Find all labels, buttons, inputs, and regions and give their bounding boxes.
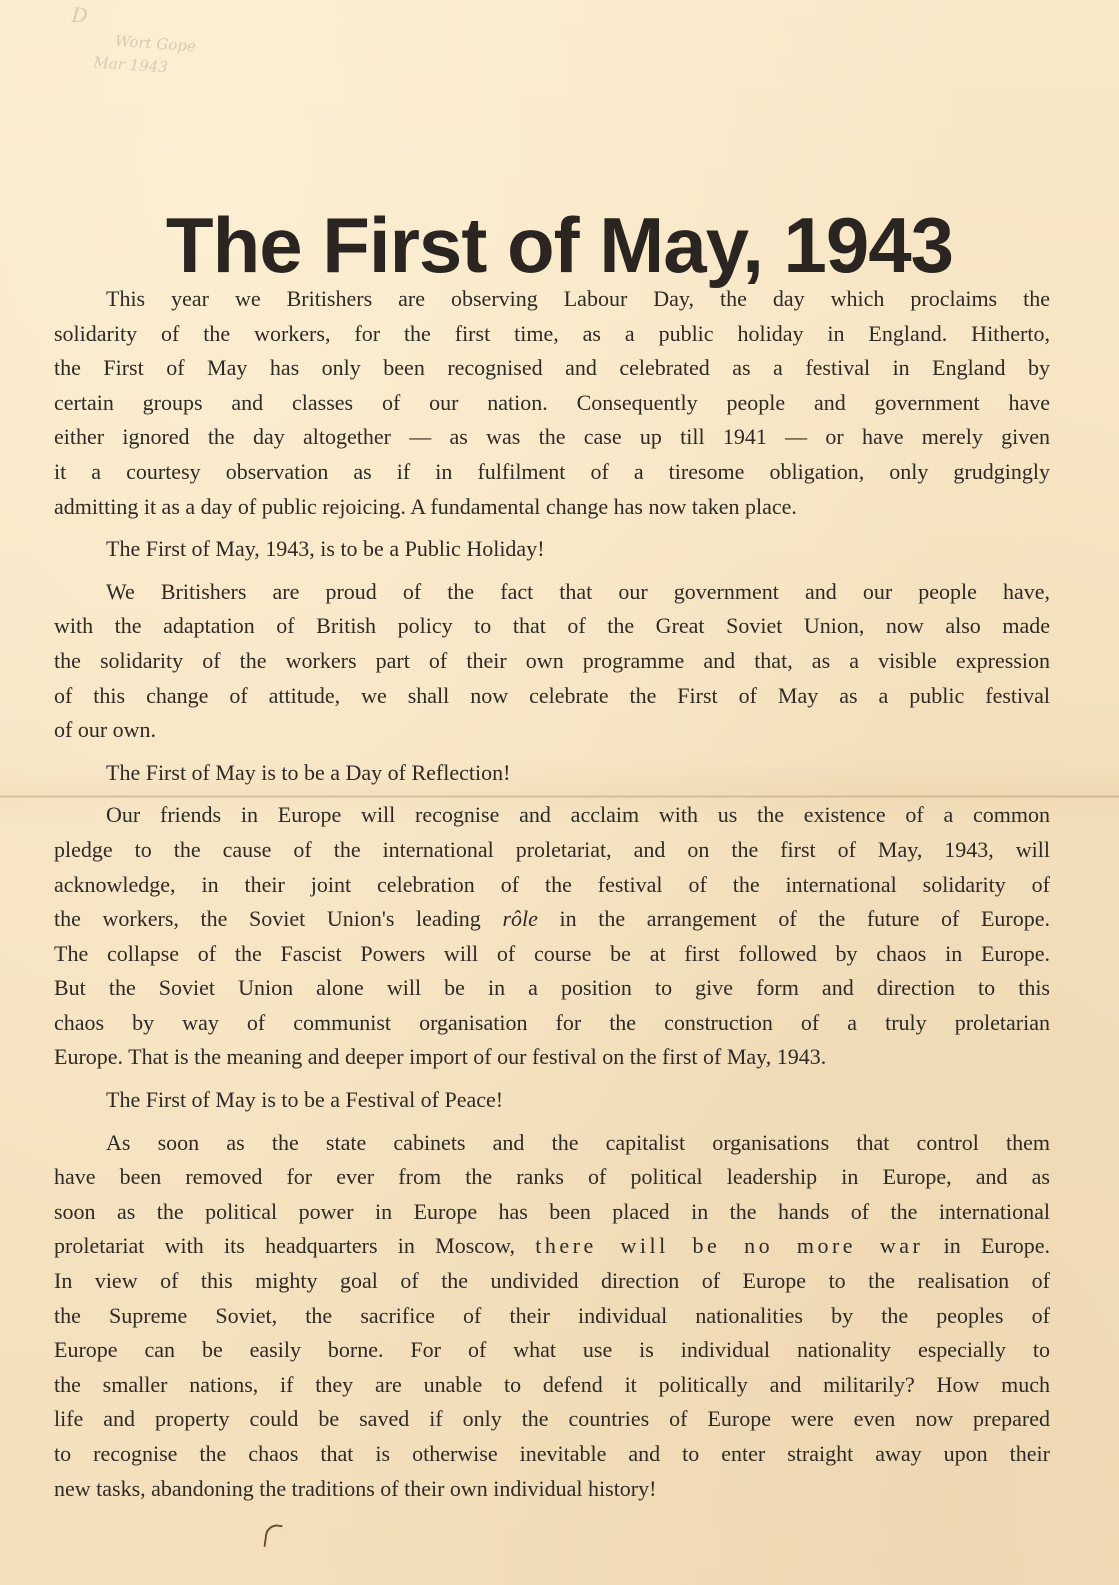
text-line: with the adaptation of British policy to… [54,609,1050,644]
text-line: the workers, the Soviet Union's leading … [54,902,1050,937]
text-line: have been removed for ever from the rank… [54,1160,1050,1195]
spaced-emphasis: there will be no more war [535,1233,923,1258]
text-line: acknowledge, in their joint celebration … [54,868,1050,903]
text-line: certain groups and classes of our nation… [54,386,1050,421]
text-line: solidarity of the workers, for the first… [54,317,1050,352]
body-paragraph: We Britishers are proud of the fact that… [54,575,1050,748]
paragraph-gap [54,790,1050,798]
text-line: The collapse of the Fascist Powers will … [54,937,1050,972]
text-line: it a courtesy observation as if in fulfi… [54,455,1050,490]
text-line: the First of May has only been recognise… [54,351,1050,386]
text-line: Europe can be easily borne. For of what … [54,1333,1050,1368]
text-line: admitting it as a day of public rejoicin… [54,490,1050,525]
text-line: The First of May is to be a Day of Refle… [54,756,1050,791]
text-line: The First of May is to be a Festival of … [54,1083,1050,1118]
text-line: the Supreme Soviet, the sacrifice of the… [54,1299,1050,1334]
slogan-paragraph: The First of May is to be a Day of Refle… [54,756,1050,791]
handwritten-pencil-note: D Wort Gope Mar 1943 [68,4,198,82]
text-line: This year we Britishers are observing La… [54,282,1050,317]
text-line: the smaller nations, if they are unable … [54,1368,1050,1403]
text-line: proletariat with its headquarters in Mos… [54,1229,1050,1264]
text-line: chaos by way of communist organisation f… [54,1006,1050,1041]
text-line: pledge to the cause of the international… [54,833,1050,868]
text-line: But the Soviet Union alone will be in a … [54,971,1050,1006]
text-line: to recognise the chaos that is otherwise… [54,1437,1050,1472]
text-line: of this change of attitude, we shall now… [54,679,1050,714]
text-line: soon as the political power in Europe ha… [54,1195,1050,1230]
paragraph-gap [54,748,1050,756]
text-line: the solidarity of the workers part of th… [54,644,1050,679]
text-line: Europe. That is the meaning and deeper i… [54,1040,1050,1075]
body-paragraph: As soon as the state cabinets and the ca… [54,1126,1050,1507]
text-line: As soon as the state cabinets and the ca… [54,1126,1050,1161]
paragraph-gap [54,1118,1050,1126]
text-line: new tasks, abandoning the traditions of … [54,1472,1050,1507]
document-title: The First of May, 1943 [0,200,1119,290]
text-line: In view of this mighty goal of the undiv… [54,1264,1050,1299]
document-body: This year we Britishers are observing La… [54,282,1050,1506]
paragraph-gap [54,1075,1050,1083]
text-line: The First of May, 1943, is to be a Publi… [54,532,1050,567]
body-paragraph: Our friends in Europe will recognise and… [54,798,1050,1075]
slogan-paragraph: The First of May is to be a Festival of … [54,1083,1050,1118]
text-line: life and property could be saved if only… [54,1402,1050,1437]
slogan-paragraph: The First of May, 1943, is to be a Publi… [54,532,1050,567]
body-paragraph: This year we Britishers are observing La… [54,282,1050,524]
text-line: We Britishers are proud of the fact that… [54,575,1050,610]
text-line: of our own. [54,713,1050,748]
italic-emphasis: rôle [502,906,537,931]
paragraph-gap [54,524,1050,532]
paragraph-gap [54,567,1050,575]
text-line: either ignored the day altogether — as w… [54,420,1050,455]
text-line: Our friends in Europe will recognise and… [54,798,1050,833]
